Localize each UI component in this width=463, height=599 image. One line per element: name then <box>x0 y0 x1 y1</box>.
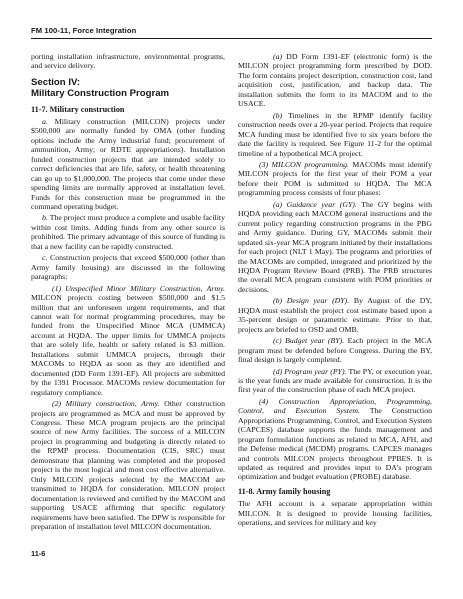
paragraph-2: (2) Military construction, Army. Other c… <box>31 399 225 531</box>
paragraph-text: Timelines in the RPMP identify facility … <box>238 111 432 158</box>
paragraph-1: (1) Unspecified Minor Military Construct… <box>31 284 225 397</box>
paragraph-text: DD Form 1391-EF (electronic form) is the… <box>238 52 432 108</box>
paragraph-lead: (2) Military construction, Army. <box>52 399 160 408</box>
paragraph-lead: (d) Program year (PY). <box>273 367 347 376</box>
paragraph-text: porting installation infrastructure, env… <box>31 52 225 70</box>
paragraph-design-year: (b) Design year (DY). By August of the D… <box>238 296 432 334</box>
section-heading: Section IV: Military Construction Progra… <box>31 78 225 100</box>
paragraph-3: (3) MILCON programming. MACOMs must iden… <box>238 160 432 198</box>
paragraph-lead: (b) Design year (DY). <box>273 296 349 305</box>
paragraph-text: Construction projects that exceed $500,0… <box>31 253 225 281</box>
paragraph-afh: The AFH account is a separate appropriat… <box>238 499 432 527</box>
paragraph-lead: (1) Unspecified Minor Military Construct… <box>52 284 225 293</box>
paragraph-a-form: (a) DD Form 1391-EF (electronic form) is… <box>238 52 432 109</box>
paragraph-text: Other construction projects are programm… <box>31 399 225 531</box>
document-page: FM 100-11, Force Integration porting ins… <box>0 0 463 599</box>
paragraph-text: Military construction (MILCON) projects … <box>31 117 225 211</box>
left-column: porting installation infrastructure, env… <box>31 52 225 533</box>
paragraph-budget-year: (c) Budget year (BY). Each project in th… <box>238 336 432 364</box>
header-title: FM 100-11, Force Integration <box>31 26 136 35</box>
heading-11-7: 11-7. Military construction <box>31 105 225 114</box>
paragraph-lead: (c) Budget year (BY). <box>273 336 344 345</box>
paragraph-lead: (a) <box>273 52 282 61</box>
paragraph-text: The project must produce a complete and … <box>31 213 225 250</box>
paragraph-program-year: (d) Program year (PY). The PY, or execut… <box>238 367 432 395</box>
paragraph-b: b. The project must produce a complete a… <box>31 213 225 251</box>
paragraph-c: c. Construction projects that exceed $50… <box>31 253 225 281</box>
paragraph-lead: (3) MILCON programming. <box>259 160 349 169</box>
page-content: porting installation infrastructure, env… <box>31 52 432 533</box>
paragraph-guidance-year: (a) Guidance year (GY). The GY begins wi… <box>238 200 432 295</box>
paragraph-text: The GY begins with HQDA providing each M… <box>238 200 432 294</box>
paragraph-a: a. Military construction (MILCON) projec… <box>31 117 225 212</box>
paragraph-4: (4) Construction Appropriation, Programm… <box>238 397 432 482</box>
paragraph-text: The Construction Appropriations Programm… <box>238 406 432 481</box>
running-header: FM 100-11, Force Integration <box>31 26 432 39</box>
section-title: Military Construction Program <box>31 89 225 100</box>
paragraph-intro: porting installation infrastructure, env… <box>31 52 225 71</box>
right-column: (a) DD Form 1391-EF (electronic form) is… <box>238 52 432 533</box>
paragraph-text: MILCON projects costing between $500,000… <box>31 293 225 397</box>
heading-11-8: 11-8. Army family housing <box>238 487 432 496</box>
paragraph-lead: (a) Guidance year (GY). <box>273 200 357 209</box>
page-number: 11-6 <box>31 549 45 558</box>
paragraph-text: The AFH account is a separate appropriat… <box>238 499 432 527</box>
paragraph-b-timelines: (b) Timelines in the RPMP identify facil… <box>238 111 432 158</box>
paragraph-lead: (b) <box>273 111 282 120</box>
